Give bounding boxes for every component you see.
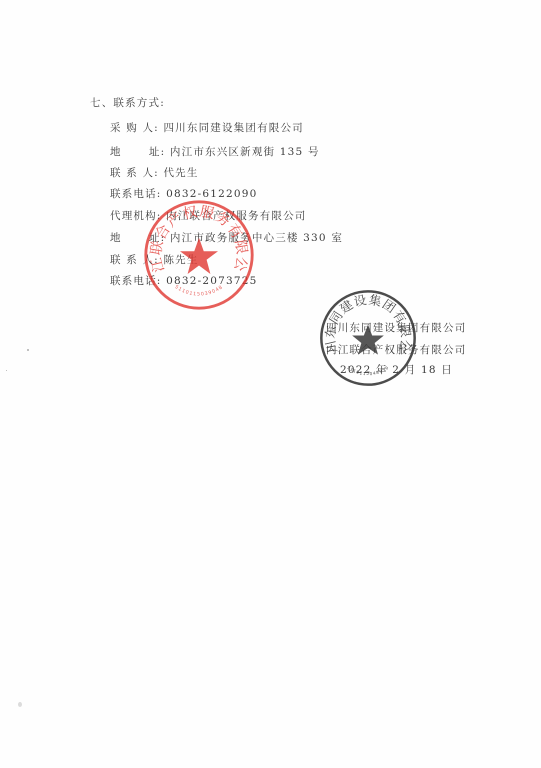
purchaser-name-value: 四川东同建设集团有限公司	[163, 122, 303, 134]
purchaser-address-row: 地 址: 内江市东兴区新观街 135 号	[110, 144, 320, 159]
purchaser-contact-label: 联 系 人:	[110, 165, 159, 180]
scan-speck	[27, 349, 29, 351]
purchaser-contact-row: 联 系 人: 代先生	[110, 165, 199, 180]
scan-speck	[18, 702, 22, 707]
document-page: 七、联系方式: 采 购 人: 四川东同建设集团有限公司 地 址: 内江市东兴区新…	[0, 0, 541, 768]
agency-seal-graphic: 内江联合产权服务有限公司 5110115039048	[142, 198, 256, 312]
purchaser-contact-value: 代先生	[163, 167, 198, 179]
signature-party-1: 四川东同建设集团有限公司	[326, 320, 466, 335]
purchaser-name-label: 采 购 人:	[110, 120, 159, 135]
agency-seal-number: 5110115039048	[174, 284, 225, 298]
purchaser-address-value: 内江市东兴区新观街 135 号	[170, 146, 320, 158]
scan-speck	[6, 370, 7, 371]
agency-seal: 内江联合产权服务有限公司 5110115039048	[142, 198, 256, 312]
signature-party-2: 内江联合产权服务有限公司	[326, 342, 466, 357]
section-heading: 七、联系方式:	[90, 95, 165, 110]
purchaser-address-label: 地 址:	[110, 144, 165, 159]
purchaser-name-row: 采 购 人: 四川东同建设集团有限公司	[110, 120, 304, 135]
signature-date: 2022 年 2 月 18 日	[340, 362, 453, 377]
svg-text:5110115039048: 5110115039048	[174, 284, 225, 298]
